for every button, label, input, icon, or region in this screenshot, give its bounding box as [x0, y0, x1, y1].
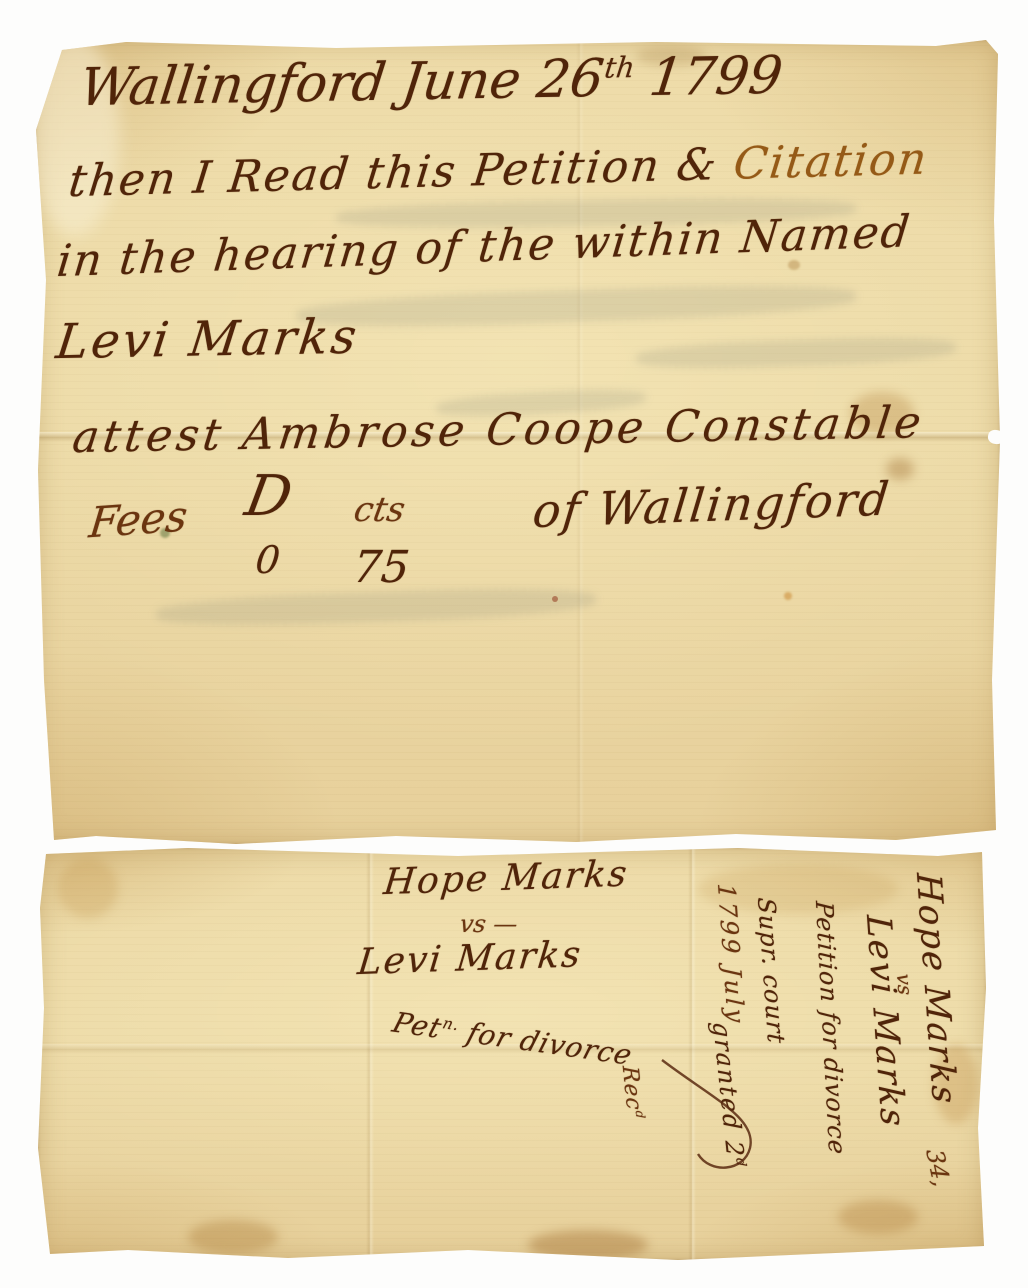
handwriting-layer: Wallingford June 26th 1799 then I Read t…: [0, 0, 1028, 1288]
docket-defendant: Levi Marks: [356, 934, 585, 983]
side-docket-received: Recd: [617, 1066, 648, 1119]
fees-dollars-value: 0: [253, 538, 282, 582]
side-docket-received-sup: d: [633, 1111, 648, 1120]
fees-dollars-header: D: [241, 464, 297, 529]
service-line-1-text: then I Read this Petition &: [66, 139, 737, 208]
fees-cents-value: 75: [351, 542, 412, 593]
service-line-1: then I Read this Petition & Citation: [66, 134, 931, 208]
side-docket-received-text: Rec: [617, 1066, 647, 1111]
docket-versus: vs —: [458, 910, 519, 938]
docket-caption-pre: Pet: [389, 1006, 446, 1045]
pen-flourish: [652, 1058, 772, 1188]
service-line-1-citation: Citation: [731, 134, 931, 190]
dateline-ordinal: th: [603, 50, 637, 85]
fees-cents-header: cts: [351, 490, 408, 530]
scanned-manuscript-page: Wallingford June 26th 1799 then I Read t…: [0, 0, 1028, 1288]
side-docket-caption: Petition for divorce: [810, 901, 851, 1156]
service-line-2: in the hearing of the within Named: [55, 206, 914, 287]
fees-label: Fees: [87, 491, 190, 547]
dateline-place-date: Wallingford June 26: [77, 49, 607, 118]
docket-caption: Petn. for divorce: [389, 1006, 637, 1072]
dateline: Wallingford June 26th 1799: [77, 46, 786, 118]
side-docket-defendant: Levi Marks: [858, 915, 913, 1129]
side-docket-term: 1799 July: [712, 883, 750, 1026]
docket-caption-post: for divorce: [453, 1015, 636, 1071]
dateline-year: 1799: [630, 46, 786, 109]
docket-plaintiff: Hope Marks: [382, 853, 631, 903]
side-docket-court: Supr. court: [752, 897, 790, 1044]
constable-place-line: of Wallingford: [530, 472, 893, 539]
served-party-name: Levi Marks: [53, 309, 362, 370]
side-docket-case-number: 34,: [920, 1148, 956, 1188]
attestation-line: attest Ambrose Coope Constable: [70, 397, 928, 463]
